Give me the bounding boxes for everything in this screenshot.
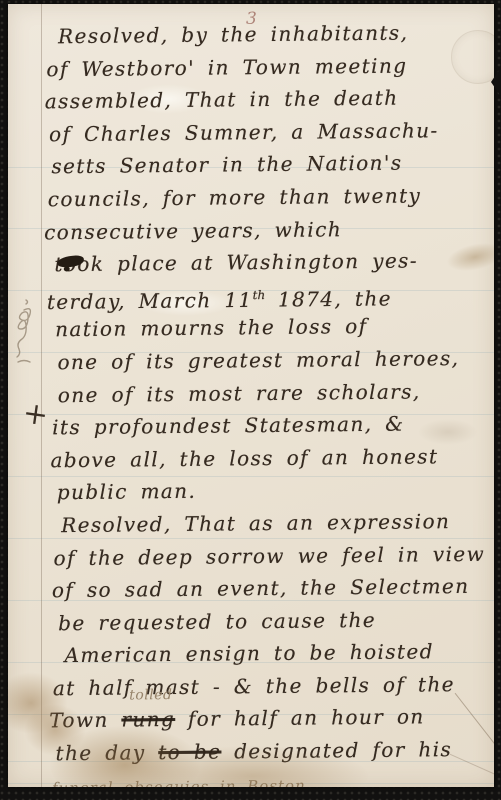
handwritten-text: American ensign to be hoisted bbox=[64, 640, 434, 668]
manuscript-line: councils, for more than twenty bbox=[48, 179, 490, 216]
manuscript-line: be requested to cause the bbox=[58, 602, 494, 639]
manuscript-line: of the deep sorrow we feel in view bbox=[53, 537, 493, 574]
handwritten-text: public man. bbox=[57, 479, 197, 504]
manuscript-line: terday, March 11th 1874, the bbox=[47, 276, 491, 313]
handwritten-text: took place at Washington yes- bbox=[54, 249, 418, 277]
inserted-word: tolled bbox=[129, 688, 172, 702]
handwritten-text: one of its greatest moral heroes, bbox=[57, 346, 459, 374]
margin-cross-mark: + bbox=[21, 395, 51, 433]
handwritten-text: at half mast - & the bells of the bbox=[53, 672, 455, 700]
manuscript-line: consecutive years, which bbox=[44, 211, 490, 248]
manuscript-line: nation mourns the loss of bbox=[55, 309, 491, 346]
handwritten-text: for half an hour on bbox=[175, 705, 425, 732]
manuscript-line: assembled, That in the death bbox=[45, 81, 489, 118]
manuscript-line: of Charles Sumner, a Massachu- bbox=[49, 113, 489, 150]
handwritten-text: of so sad an event, the Selectmen bbox=[52, 574, 470, 602]
handwritten-text: setts Senator in the Nation's bbox=[51, 151, 402, 179]
manuscript-line: one of its greatest moral heroes, bbox=[57, 342, 491, 379]
handwritten-text: above all, the loss of an honest bbox=[50, 444, 438, 472]
paper-stain bbox=[418, 419, 478, 445]
manuscript-page: 3 Resolved, by the inhabitants,of Westbo… bbox=[8, 4, 494, 787]
manuscript-line: setts Senator in the Nation's bbox=[51, 146, 489, 183]
handwritten-text: consecutive years, which bbox=[44, 217, 342, 244]
manuscript-line: Resolved, That as an expression bbox=[61, 505, 493, 542]
handwritten-text: one of its most rare scholars, bbox=[58, 379, 421, 407]
handwritten-text: be requested to cause the bbox=[58, 608, 376, 635]
manuscript-line: public man. bbox=[57, 472, 493, 509]
handwritten-text: councils, for more than twenty bbox=[48, 183, 422, 211]
handwritten-text: its profoundest Statesman, & bbox=[52, 412, 404, 440]
handwritten-text: Resolved, by the inhabitants, bbox=[58, 21, 408, 49]
manuscript-line: of so sad an event, the Selectmen bbox=[52, 570, 494, 607]
handwritten-text: terday, March 11 bbox=[47, 288, 253, 314]
handwritten-text: th bbox=[253, 288, 266, 302]
manuscript-line: took place at Washington yes- bbox=[54, 244, 490, 281]
manuscript-line: one of its most rare scholars, bbox=[58, 374, 492, 411]
manuscript-line: at half mast - & the bells of the bbox=[53, 668, 494, 705]
handwritten-text: of Charles Sumner, a Massachu- bbox=[49, 118, 439, 146]
scanned-manuscript: { "palette": { "background": "#121110", … bbox=[0, 0, 501, 800]
manuscript-text: Resolved, by the inhabitants,of Westboro… bbox=[42, 16, 494, 787]
handwritten-text: nation mourns the loss of bbox=[55, 314, 368, 341]
handwritten-text: of Westboro' in Town meeting bbox=[46, 53, 407, 81]
manuscript-line: above all, the loss of an honest bbox=[50, 439, 492, 476]
handwritten-text: 1874, the bbox=[265, 286, 392, 311]
handwritten-text: assembled, That in the death bbox=[45, 86, 399, 114]
margin-scribble bbox=[14, 296, 36, 374]
fold-crease bbox=[41, 4, 42, 787]
manuscript-line: Resolved, by the inhabitants, bbox=[58, 16, 488, 53]
handwritten-text: Resolved, That as an expression bbox=[61, 509, 450, 537]
handwritten-text: of the deep sorrow we feel in view bbox=[53, 541, 485, 570]
manuscript-line: American ensign to be hoisted bbox=[64, 635, 494, 672]
manuscript-line: of Westboro' in Town meeting bbox=[46, 48, 488, 85]
